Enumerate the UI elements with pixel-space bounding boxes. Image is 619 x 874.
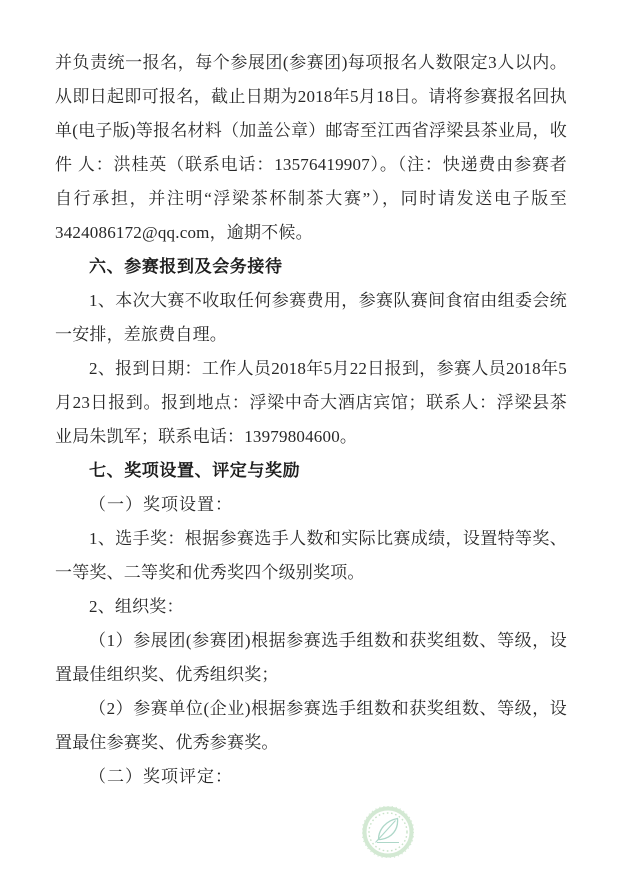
subheading-award-evaluation: （二）奖项评定： [55,760,567,794]
paragraph-registration-continued: 并负责统一报名，每个参展团(参赛团)每项报名人数限定3人以内。从即日起即可报名，… [55,46,567,250]
subheading-award-setup: （一）奖项设置： [55,488,567,522]
leaf-seal-icon [362,806,414,858]
paragraph-delegation-awards: （1）参展团(参赛团)根据参赛选手组数和获奖组数、等级，设置最佳组织奖、优秀组织… [55,624,567,692]
document-content: 并负责统一报名，每个参展团(参赛团)每项报名人数限定3人以内。从即日起即可报名，… [55,46,567,794]
paragraph-checkin: 2、报到日期：工作人员2018年5月22日报到，参赛人员2018年5月23日报到… [55,352,567,454]
paragraph-player-awards: 1、选手奖：根据参赛选手人数和实际比赛成绩，设置特等奖、一等奖、二等奖和优秀奖四… [55,522,567,590]
section-heading-six: 六、参赛报到及会务接待 [55,250,567,284]
leaf-seal-watermark [362,806,414,858]
document-page: 并负责统一报名，每个参展团(参赛团)每项报名人数限定3人以内。从即日起即可报名，… [0,0,619,874]
paragraph-unit-awards: （2）参赛单位(企业)根据参赛选手组数和获奖组数、等级，设置最住参赛奖、优秀参赛… [55,692,567,760]
paragraph-organization-awards: 2、组织奖： [55,590,567,624]
paragraph-fees: 1、本次大赛不收取任何参赛费用，参赛队赛间食宿由组委会统一安排，差旅费自理。 [55,284,567,352]
section-heading-seven: 七、奖项设置、评定与奖励 [55,454,567,488]
